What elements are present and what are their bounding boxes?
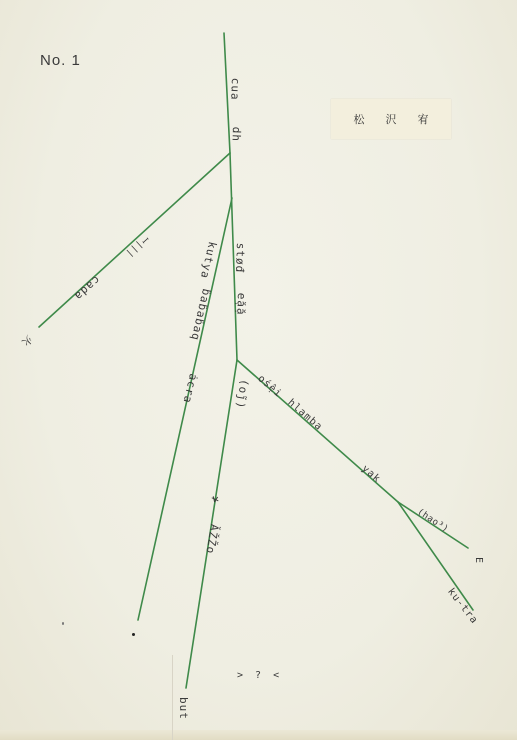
label-but: but [178, 697, 189, 720]
label-cua: cua [229, 78, 241, 101]
language-family-tree [0, 0, 517, 740]
ink-dot-2 [62, 622, 64, 625]
kutya-branch-edge [138, 198, 232, 620]
label-e: E [473, 557, 483, 564]
footer-mark: > ? < [237, 670, 282, 681]
label-egg: eặặ [235, 293, 247, 316]
label-stod: støđ [234, 243, 246, 274]
label-lower-trunk-glyph: ≯ [209, 495, 221, 504]
label-dh: dh [230, 127, 242, 143]
ink-dot-1 [132, 633, 135, 636]
